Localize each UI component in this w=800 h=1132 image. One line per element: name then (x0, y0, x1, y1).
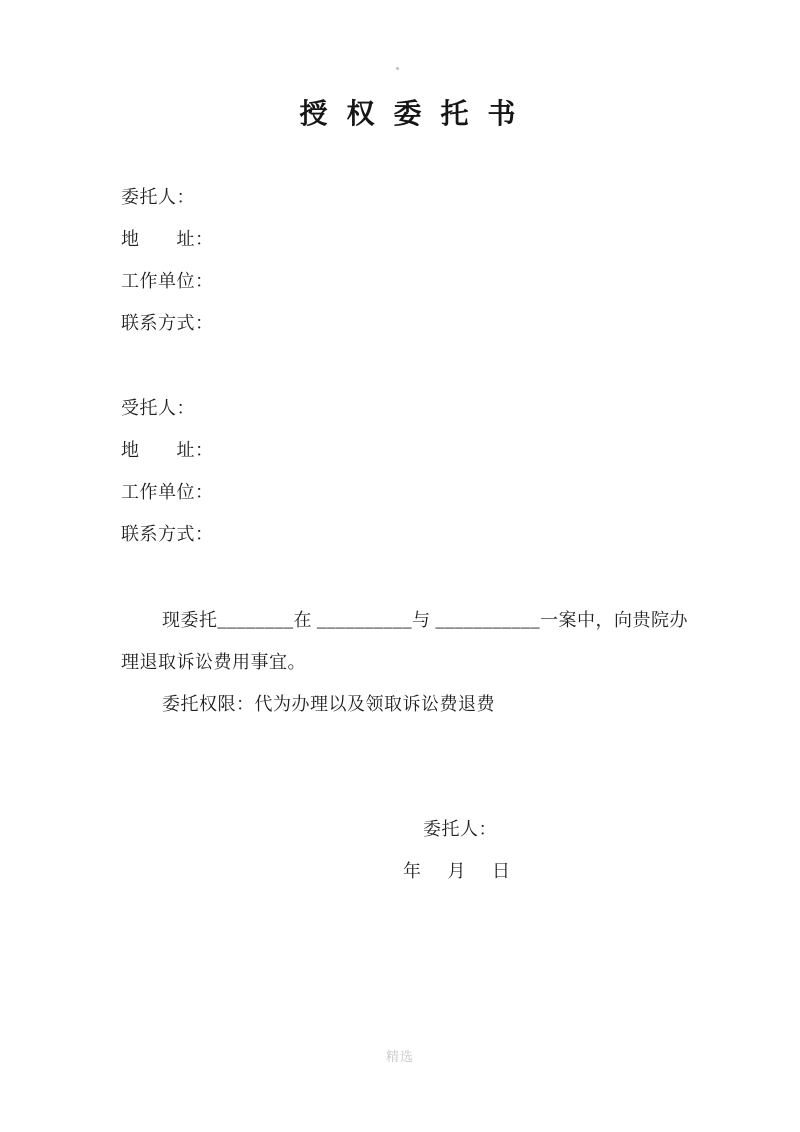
signature-date-line: 年 月 日 (403, 850, 700, 892)
principal-contact-label: 联系方式： (121, 302, 700, 344)
document-title: 授 权 委 托 书 (121, 98, 700, 132)
case-statement-line-1: 现委托________在 __________与 ___________一案中，… (121, 599, 700, 641)
authority-scope-line: 委托权限：代为办理以及领取诉讼费退费 (121, 683, 700, 725)
principal-name-label: 委托人： (121, 176, 700, 218)
agent-contact-label: 联系方式： (121, 513, 700, 555)
principal-work-unit-label: 工作单位： (121, 260, 700, 302)
signature-name-label: 委托人： (423, 808, 700, 850)
principal-section: 委托人： 地 址： 工作单位： 联系方式： (121, 176, 700, 344)
watermark-text: 精选 (0, 1046, 800, 1065)
scan-speck (396, 67, 399, 70)
agent-section: 受托人： 地 址： 工作单位： 联系方式： (121, 387, 700, 555)
case-statement-section: 现委托________在 __________与 ___________一案中，… (121, 599, 700, 725)
signature-section: 委托人： 年 月 日 (121, 808, 700, 892)
agent-name-label: 受托人： (121, 387, 700, 429)
principal-address-label: 地 址： (121, 218, 700, 260)
agent-address-label: 地 址： (121, 429, 700, 471)
document-page: 授 权 委 托 书 委托人： 地 址： 工作单位： 联系方式： 受托人： 地 址… (0, 0, 800, 1132)
case-statement-line-2: 理退取诉讼费用事宜。 (121, 641, 700, 683)
agent-work-unit-label: 工作单位： (121, 471, 700, 513)
